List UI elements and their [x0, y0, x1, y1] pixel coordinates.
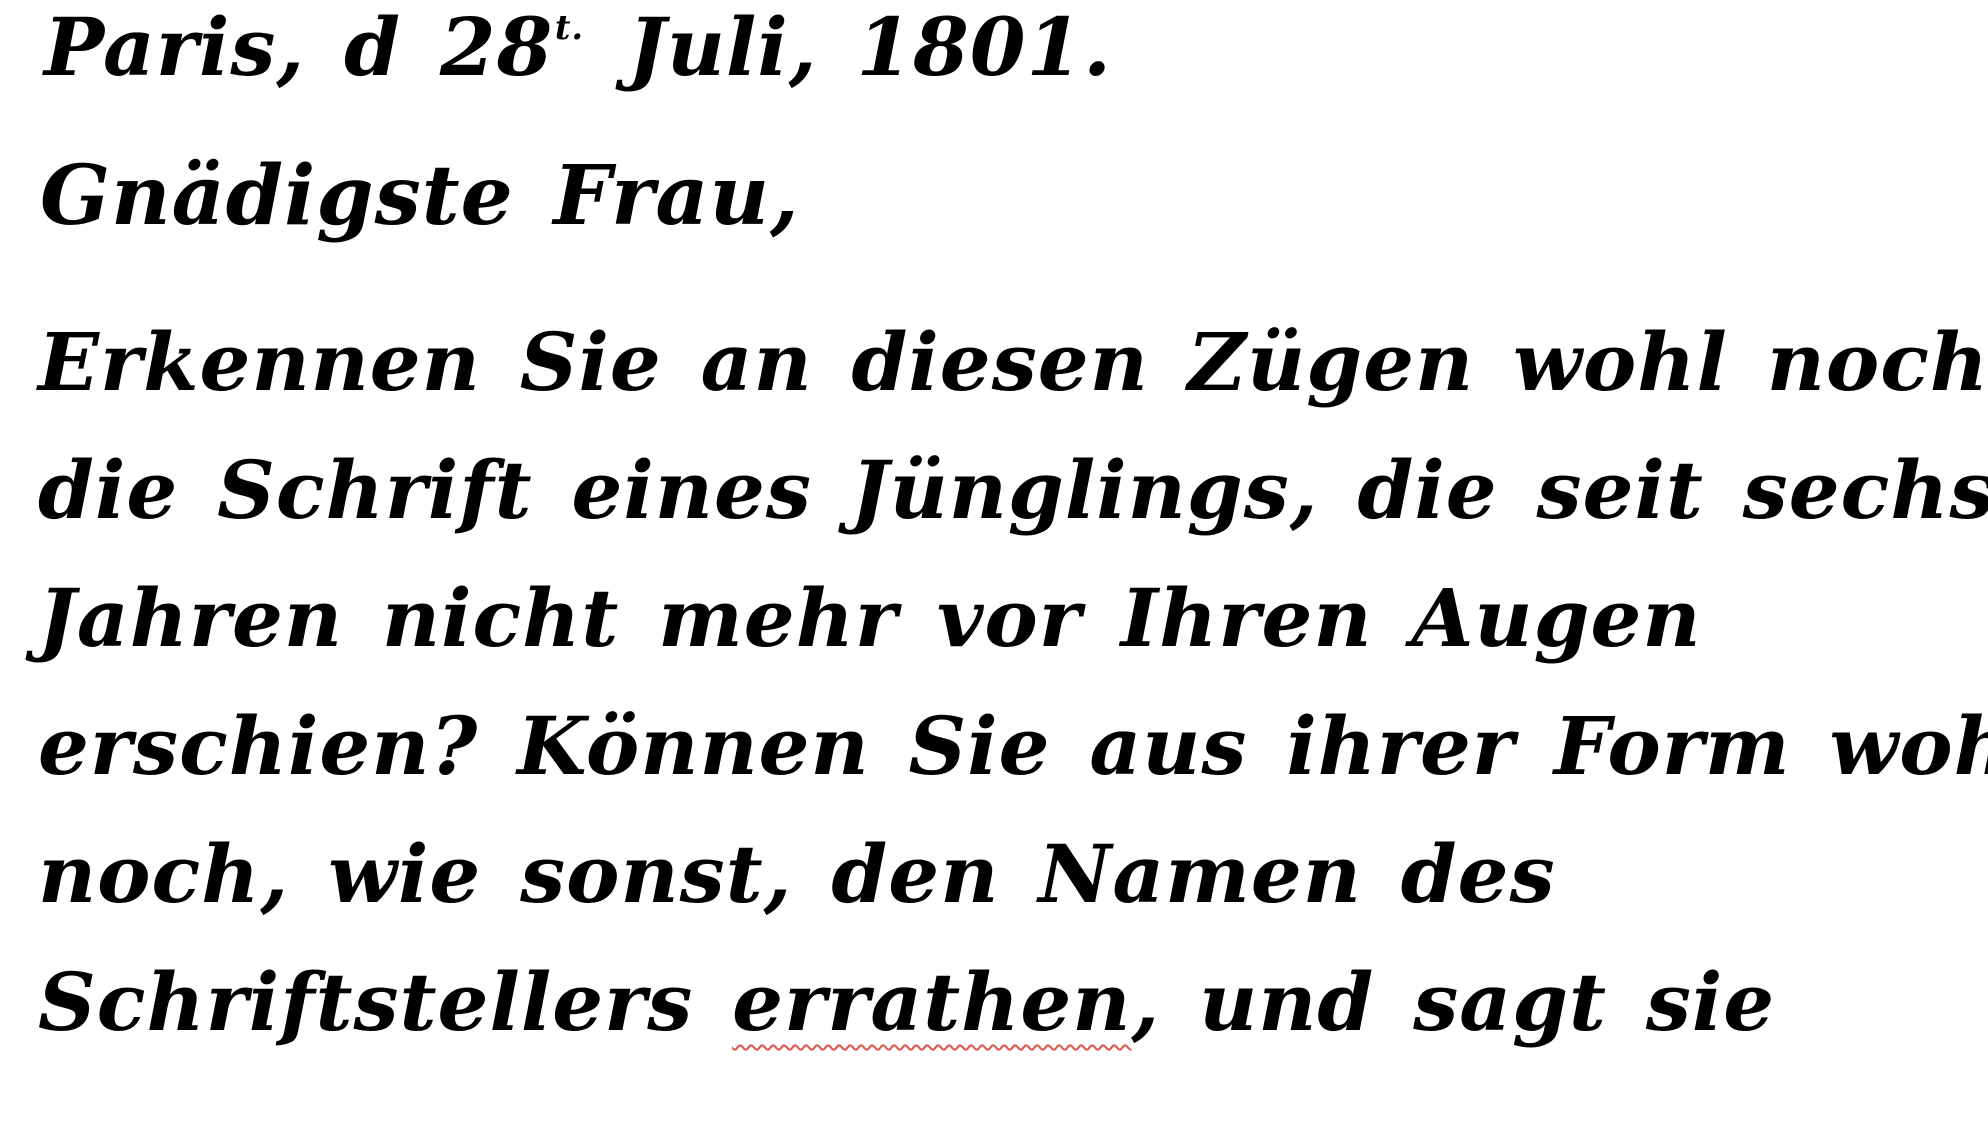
body-line: noch, wie sonst, den Namen des: [38, 810, 1988, 938]
body-line: Jahren nicht mehr vor Ihren Augen: [38, 554, 1988, 682]
dateline-prefix: Paris, d 28: [44, 0, 553, 94]
salutation: Gnädigste Frau,: [40, 148, 800, 244]
misspelled-word[interactable]: errathen: [732, 955, 1131, 1049]
body-line: erschien? Können Sie aus ihrer Form wohl: [38, 682, 1988, 810]
body-line-suffix: , und sagt sie: [1131, 955, 1775, 1049]
dateline-suffix: Juli, 1801.: [589, 0, 1112, 94]
dateline-ordinal-superscript: t.: [555, 7, 584, 47]
body-line-prefix: Schriftstellers: [38, 955, 732, 1049]
body-line: Schriftstellers errathen, und sagt sie: [38, 938, 1988, 1066]
letter-body: Erkennen Sie an diesen Zügen wohl noch d…: [38, 298, 1988, 1066]
dateline: Paris, d 28t. Juli, 1801.: [44, 0, 1112, 94]
body-line: die Schrift eines Jünglings, die seit se…: [38, 426, 1988, 554]
body-line: Erkennen Sie an diesen Zügen wohl noch: [38, 298, 1988, 426]
letter-page: Paris, d 28t. Juli, 1801. Gnädigste Frau…: [0, 0, 1988, 1140]
